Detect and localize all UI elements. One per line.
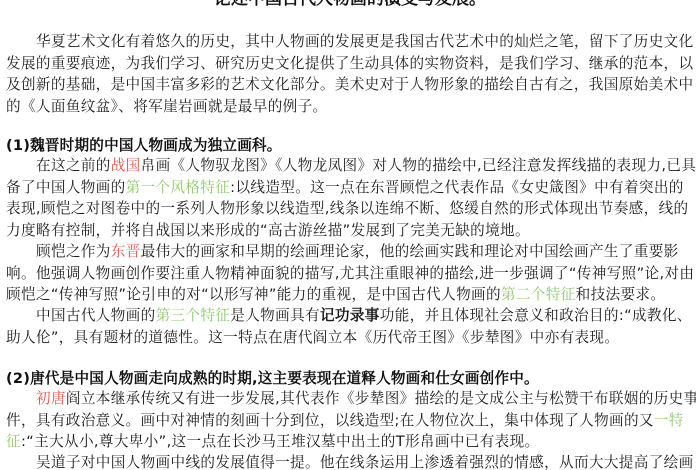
paragraph-line: 中国古代人物画的第三个特征是人物画具有记功录事功能，并且体现社会意义和政治目的:… — [6, 305, 696, 327]
text-span: :“主大从小,尊大卑小”,这一点在长沙马王堆汉墓中出土的T形帛画中已有表现。 — [21, 433, 540, 450]
paragraph-line: 吴道子对中国人物画中线的发展值得一提。他在线条运用上渗透着强烈的情感，从而大大提… — [6, 452, 696, 470]
paragraph-line: 征:“主大从小,尊大卑小”,这一点在长沙马王堆汉墓中出土的T形帛画中已有表现。 — [6, 431, 696, 453]
section1-paragraph-2: 顾恺之作为东晋最伟大的画家和早期的绘画理论家，他的绘画实践和理论对中国绘画产生了… — [6, 241, 696, 306]
intro-line: 及创新的基础，是中国丰富多彩的艺术文化部分。美术史对于人物形象的描绘自古有之，我… — [6, 74, 696, 96]
intro-paragraph: 华夏艺术文化有着悠久的历史，其中人物画的发展更是我国古代艺术中的灿烂之笔，留下了… — [6, 31, 696, 117]
text-span: 中国古代人物画的 — [36, 307, 156, 324]
section1-paragraph-3: 中国古代人物画的第三个特征是人物画具有记功录事功能，并且体现社会意义和政治目的:… — [6, 305, 696, 348]
intro-line: 的《人面鱼纹盆》、将军崖岩画就是最早的例子。 — [6, 96, 696, 118]
text-span: 顾恺之“传神写照”论引申的对“以形写神”能力的重视，是中国古代人物画的 — [6, 286, 501, 303]
bold-text: 记功录事 — [320, 307, 380, 324]
highlight-red: 初唐 — [36, 390, 66, 407]
text-span: 件，具有政治意义。画中对神情的刻画十分到位，以线造型;在人物位次上，集中体现了人… — [6, 412, 654, 429]
highlight-green: 第二个特征 — [501, 286, 576, 303]
intro-line: 华夏艺术文化有着悠久的历史，其中人物画的发展更是我国古代艺术中的灿烂之笔，留下了… — [6, 31, 696, 53]
section-heading-1: (1)魏晋时期的中国人物画成为独立画科。 — [6, 135, 696, 156]
document-title: 论述中国古代人物画的演变与发展。 — [0, 0, 700, 9]
paragraph-line: 在这之前的战国帛画《人物驭龙图》《人物龙凤图》对人物的描绘中,已经注意发挥线描的… — [6, 155, 696, 177]
paragraph-line: 力度略有控制，并将自战国以来形成的“高古游丝描”发展到了完美无缺的境地。 — [6, 220, 696, 242]
paragraph-line: 响。他强调人物画创作要注重人物精神面貌的描写,尤其注重眼神的描绘,进一步强调了“… — [6, 263, 696, 285]
section2-paragraph-2: 吴道子对中国人物画中线的发展值得一提。他在线条运用上渗透着强烈的情感，从而大大提… — [6, 452, 696, 470]
paragraph-line: 顾恺之“传神写照”论引申的对“以形写神”能力的重视，是中国古代人物画的第二个特征… — [6, 284, 696, 306]
text-span: 最伟大的画家和早期的绘画理论家，他的绘画实践和理论对中国绘画产生了重要影 — [141, 243, 679, 260]
paragraph-line: 助人伦”，具有题材的道德性。这一特点在唐代阎立本《历代帝王图》《步辇图》中亦有表… — [6, 327, 696, 349]
highlight-green: 第一个风格特征 — [126, 179, 231, 196]
highlight-green: 一特 — [654, 412, 684, 429]
highlight-red: 战国 — [111, 157, 141, 174]
paragraph-line: 顾恺之作为东晋最伟大的画家和早期的绘画理论家，他的绘画实践和理论对中国绘画产生了… — [6, 241, 696, 263]
highlight-green: 第三个特征 — [156, 307, 231, 324]
text-span: 和技法要求。 — [576, 286, 666, 303]
paragraph-line: 备了中国人物画的第一个风格特征:以线造型。这一点在东晋顾恺之代表作品《女史箴图》… — [6, 177, 696, 199]
text-span: 顾恺之作为 — [36, 243, 111, 260]
section-heading-2: (2)唐代是中国人物画走向成熟的时期,这主要表现在道释人物画和仕女画创作中。 — [6, 368, 696, 389]
section1-paragraph-1: 在这之前的战国帛画《人物驭龙图》《人物龙凤图》对人物的描绘中,已经注意发挥线描的… — [6, 155, 696, 241]
paragraph-line: 初唐阎立本继承传统又有进一步发展,其代表作《步辇图》描绘的是文成公主与松赞干布联… — [6, 388, 696, 410]
text-span: 帛画《人物驭龙图》《人物龙凤图》对人物的描绘中,已经注意发挥线描的表现力,已具 — [141, 157, 696, 174]
paragraph-line: 件，具有政治意义。画中对神情的刻画十分到位，以线造型;在人物位次上，集中体现了人… — [6, 410, 696, 432]
highlight-red: 东晋 — [111, 243, 141, 260]
intro-line: 发展的重要痕迹，为我们学习、研究历史文化提供了生动具体的实物资料，是我们学习、继… — [6, 53, 696, 75]
text-span: 功能，并且体现社会意义和政治目的:“成教化、 — [380, 307, 692, 324]
paragraph-line: 表现,顾恺之对图卷中的一系列人物形象以线造型,线条以连绵不断、悠缓自然的形式体现… — [6, 198, 696, 220]
text-span: 备了中国人物画的 — [6, 179, 126, 196]
text-span: 阎立本继承传统又有进一步发展,其代表作《步辇图》描绘的是文成公主与松赞干布联姻的… — [66, 390, 696, 407]
highlight-green: 征 — [6, 433, 21, 450]
section2-paragraph-1: 初唐阎立本继承传统又有进一步发展,其代表作《步辇图》描绘的是文成公主与松赞干布联… — [6, 388, 696, 453]
text-span: 在这之前的 — [36, 157, 111, 174]
text-span: 是人物画具有 — [230, 307, 320, 324]
text-span: :以线造型。这一点在东晋顾恺之代表作品《女史箴图》中有着突出的 — [230, 179, 684, 196]
